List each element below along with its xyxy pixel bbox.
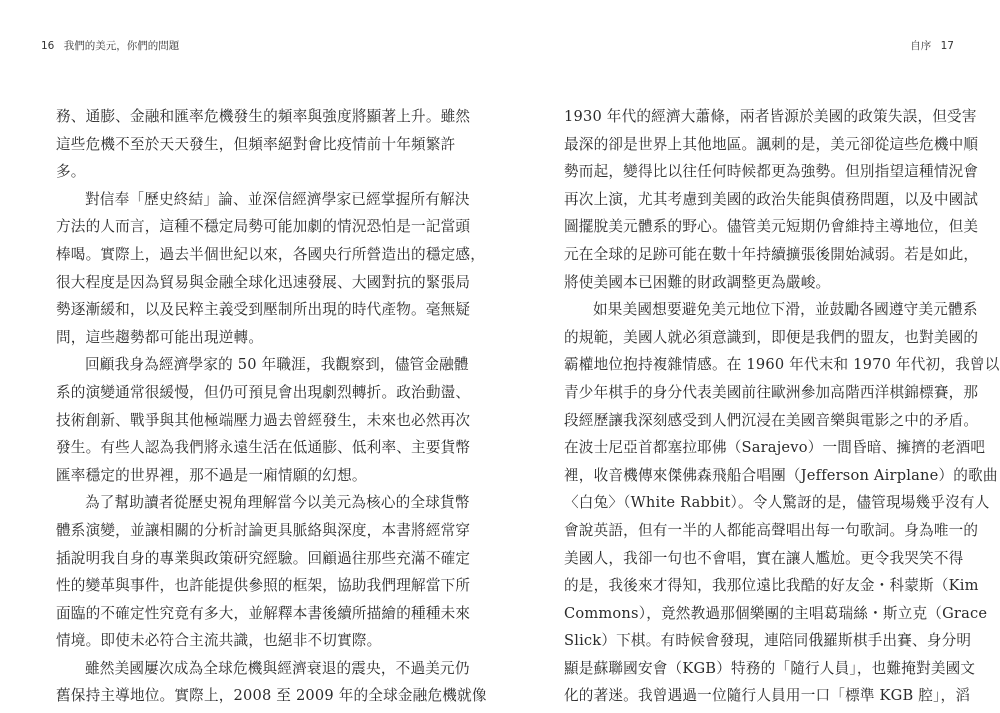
text-line: 顯是蘇聯國安會（KGB）特務的「隨行人員」，也難掩對美國文	[564, 655, 950, 683]
text-line: 1930 年代的經濟大蕭條，兩者皆源於美國的政策失誤，但受害	[564, 103, 950, 131]
right-page: 自序 17 1930 年代的經濟大蕭條，兩者皆源於美國的政策失誤，但受害最深的卻…	[500, 0, 1000, 713]
text-line: 系的演變通常很緩慢，但仍可預見會出現劇烈轉折。政治動盪、	[56, 379, 444, 407]
text-line: 霸權地位抱持複雜情感。在 1960 年代末和 1970 年代初，我曾以	[564, 351, 950, 379]
text-line: Slick）下棋。有時候會發現，連陪同俄羅斯棋手出賽、身分明	[564, 627, 950, 655]
text-line: 如果美國想要避免美元地位下滑，並鼓勵各國遵守美元體系	[564, 296, 950, 324]
text-line: 性的變革與事件，也許能提供參照的框架，協助我們理解當下所	[56, 572, 444, 600]
text-line: 舊保持主導地位。實際上，2008 至 2009 年的全球金融危機就像	[56, 682, 444, 710]
text-line: 勢逐漸緩和，以及民粹主義受到壓制所出現的時代產物。毫無疑	[56, 296, 444, 324]
text-line: 回顧我身為經濟學家的 50 年職涯，我觀察到，儘管金融體	[56, 351, 444, 379]
text-line: 情境。即使未必符合主流共識，也絕非不切實際。	[56, 627, 444, 655]
text-line: 勢而起，變得比以往任何時候都更為強勢。但別指望這種情況會	[564, 158, 950, 186]
right-page-body: 1930 年代的經濟大蕭條，兩者皆源於美國的政策失誤，但受害最深的卻是世界上其他…	[564, 103, 950, 710]
text-line: 方法的人而言，這種不穩定局勢可能加劇的情況恐怕是一記當頭	[56, 213, 444, 241]
text-line: 很大程度是因為貿易與金融全球化迅速發展、大國對抗的緊張局	[56, 269, 444, 297]
text-line: 化的著迷。我曾遇過一位隨行人員用一口「標準 KGB 腔」，滔	[564, 682, 950, 710]
text-line: 圖擺脫美元體系的野心。儘管美元短期仍會維持主導地位，但美	[564, 213, 950, 241]
text-line: 的規範，美國人就必須意識到，即便是我們的盟友，也對美國的	[564, 324, 950, 352]
text-line: 棒喝。實際上，過去半個世紀以來，各國央行所營造出的穩定感，	[56, 241, 444, 269]
text-line: 多。	[56, 158, 444, 186]
right-page-number: 17	[941, 40, 954, 52]
text-line: 將使美國本已困難的財政調整更為嚴峻。	[564, 269, 950, 297]
text-line: 會說英語，但有一半的人都能高聲唱出每一句歌詞。身為唯一的	[564, 517, 950, 545]
left-page-body: 務、通膨、金融和匯率危機發生的頻率與強度將顯著上升。雖然這些危機不至於天天發生，…	[56, 103, 444, 710]
text-line: 體系演變，並讓相關的分析討論更具脈絡與深度，本書將經常穿	[56, 517, 444, 545]
text-line: 為了幫助讀者從歷史視角理解當今以美元為核心的全球貨幣	[56, 489, 444, 517]
text-line: 元在全球的足跡可能在數十年持續擴張後開始減弱。若是如此，	[564, 241, 950, 269]
text-line: 發生。有些人認為我們將永遠生活在低通膨、低利率、主要貨幣	[56, 434, 444, 462]
left-page: 16 我們的美元，你們的問題 務、通膨、金融和匯率危機發生的頻率與強度將顯著上升…	[0, 0, 500, 713]
text-line: Commons），竟然教過那個樂團的主唱葛瑞絲・斯立克（Grace	[564, 600, 950, 628]
text-line: 最深的卻是世界上其他地區。諷刺的是，美元卻從這些危機中順	[564, 131, 950, 159]
text-line: 務、通膨、金融和匯率危機發生的頻率與強度將顯著上升。雖然	[56, 103, 444, 131]
text-line: 美國人，我卻一句也不會唱，實在讓人尷尬。更令我哭笑不得	[564, 545, 950, 573]
text-line: 匯率穩定的世界裡，那不過是一廂情願的幻想。	[56, 462, 444, 490]
text-line: 青少年棋手的身分代表美國前往歐洲參加高階西洋棋錦標賽，那	[564, 379, 950, 407]
text-line: 段經歷讓我深刻感受到人們沉浸在美國音樂與電影之中的矛盾。	[564, 407, 950, 435]
text-line: 在波士尼亞首都塞拉耶佛（Sarajevo）一間昏暗、擁擠的老酒吧	[564, 434, 950, 462]
right-running-header: 自序 17	[910, 38, 960, 53]
left-running-header: 16 我們的美元，你們的問題	[35, 38, 179, 53]
text-line: 這些危機不至於天天發生，但頻率絕對會比疫情前十年頻繁許	[56, 131, 444, 159]
text-line: 〈白兔〉（White Rabbit）。令人驚訝的是，儘管現場幾乎沒有人	[564, 489, 950, 517]
text-line: 再次上演，尤其考慮到美國的政治失能與債務問題，以及中國試	[564, 186, 950, 214]
text-line: 的是，我後來才得知，我那位遠比我酷的好友金・科蒙斯（Kim	[564, 572, 950, 600]
text-line: 插說明我自身的專業與政策研究經驗。回顧過往那些充滿不確定	[56, 545, 444, 573]
right-running-head-title: 自序	[910, 40, 931, 52]
left-page-number: 16	[41, 40, 54, 52]
text-line: 裡，收音機傳來傑佛森飛船合唱團（Jefferson Airplane）的歌曲	[564, 462, 950, 490]
text-line: 技術創新、戰爭與其他極端壓力過去曾經發生，未來也必然再次	[56, 407, 444, 435]
text-line: 問，這些趨勢都可能出現逆轉。	[56, 324, 444, 352]
text-line: 對信奉「歷史終結」論、並深信經濟學家已經掌握所有解決	[56, 186, 444, 214]
left-running-head-title: 我們的美元，你們的問題	[64, 40, 180, 52]
text-line: 雖然美國屢次成為全球危機與經濟衰退的震央，不過美元仍	[56, 655, 444, 683]
text-line: 面臨的不確定性究竟有多大，並解釋本書後續所描繪的種種未來	[56, 600, 444, 628]
